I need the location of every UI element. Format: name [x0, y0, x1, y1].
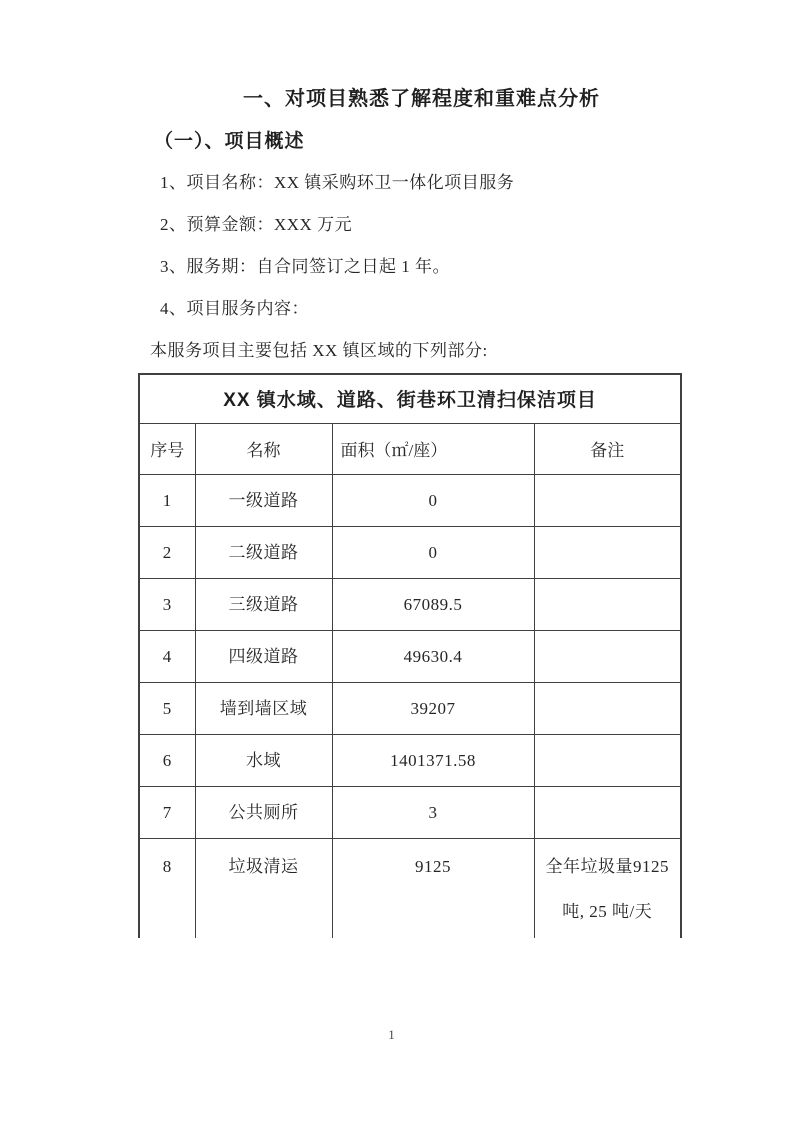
- table-row: 8 垃圾清运 9125 全年垃圾量9125吨, 25 吨/天: [139, 838, 681, 938]
- cell-no: 5: [139, 682, 195, 734]
- cell-name: 水域: [195, 734, 332, 786]
- cell-name: 垃圾清运: [195, 838, 332, 938]
- cell-remark: [534, 734, 681, 786]
- cell-no: 4: [139, 630, 195, 682]
- cell-name: 一级道路: [195, 474, 332, 526]
- list-item-project-name: 1、项目名称：XX 镇采购环卫一体化项目服务: [160, 171, 693, 195]
- page-number: 1: [0, 1027, 783, 1043]
- table-row: 7 公共厕所 3: [139, 786, 681, 838]
- cell-area: 49630.4: [332, 630, 534, 682]
- table-row: 5 墙到墙区域 39207: [139, 682, 681, 734]
- cell-remark: 全年垃圾量9125吨, 25 吨/天: [534, 838, 681, 938]
- cell-remark: [534, 630, 681, 682]
- cell-area: 0: [332, 474, 534, 526]
- col-header-remark: 备注: [534, 423, 681, 474]
- document-page: 一、对项目熟悉了解程度和重难点分析 （一）、项目概述 1、项目名称：XX 镇采购…: [0, 0, 793, 1122]
- list-item-service-period: 3、服务期：自合同签订之日起 1 年。: [160, 255, 693, 279]
- cell-remark: [534, 578, 681, 630]
- cell-area: 0: [332, 526, 534, 578]
- cell-no: 8: [139, 838, 195, 938]
- cell-area: 9125: [332, 838, 534, 938]
- cell-remark: [534, 526, 681, 578]
- table-title: XX 镇水域、道路、街巷环卫清扫保洁项目: [139, 374, 681, 423]
- intro-paragraph: 本服务项目主要包括 XX 镇区域的下列部分:: [150, 339, 693, 363]
- cell-remark: [534, 474, 681, 526]
- list-item-service-content: 4、项目服务内容：: [160, 297, 693, 321]
- table-row: 2 二级道路 0: [139, 526, 681, 578]
- cell-name: 三级道路: [195, 578, 332, 630]
- cell-no: 7: [139, 786, 195, 838]
- document-title: 一、对项目熟悉了解程度和重难点分析: [50, 85, 793, 113]
- service-scope-table: XX 镇水域、道路、街巷环卫清扫保洁项目 序号 名称 面积（㎡/座） 备注 1 …: [138, 373, 682, 938]
- list-item-budget: 2、预算金额：XXX 万元: [160, 213, 693, 237]
- table-header-row: 序号 名称 面积（㎡/座） 备注: [139, 423, 681, 474]
- section-heading: （一）、项目概述: [154, 128, 305, 155]
- cell-no: 3: [139, 578, 195, 630]
- cell-area: 3: [332, 786, 534, 838]
- cell-area: 39207: [332, 682, 534, 734]
- cell-remark: [534, 786, 681, 838]
- col-header-name: 名称: [195, 423, 332, 474]
- table-row: 6 水域 1401371.58: [139, 734, 681, 786]
- cell-remark: [534, 682, 681, 734]
- cell-area: 1401371.58: [332, 734, 534, 786]
- col-header-area: 面积（㎡/座）: [332, 423, 534, 474]
- cell-no: 2: [139, 526, 195, 578]
- cell-name: 墙到墙区域: [195, 682, 332, 734]
- cell-name: 二级道路: [195, 526, 332, 578]
- table-row: 3 三级道路 67089.5: [139, 578, 681, 630]
- table-title-row: XX 镇水域、道路、街巷环卫清扫保洁项目: [139, 374, 681, 423]
- cell-no: 1: [139, 474, 195, 526]
- table-row: 4 四级道路 49630.4: [139, 630, 681, 682]
- col-header-no: 序号: [139, 423, 195, 474]
- table-row: 1 一级道路 0: [139, 474, 681, 526]
- cell-area: 67089.5: [332, 578, 534, 630]
- cell-name: 公共厕所: [195, 786, 332, 838]
- cell-no: 6: [139, 734, 195, 786]
- cell-name: 四级道路: [195, 630, 332, 682]
